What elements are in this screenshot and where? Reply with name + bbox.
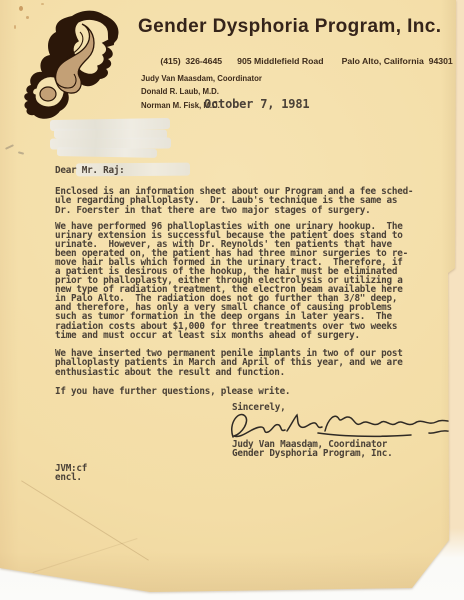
staff-member-coordinator: Judy Van Maasdam, Coordinator — [141, 72, 262, 85]
organization-name: Gender Dysphoria Program, Inc. — [138, 16, 458, 38]
fold-crease — [21, 480, 149, 560]
street-address: 905 Middlefield Road — [237, 56, 323, 66]
letter-date: October 7, 1981 — [204, 100, 309, 109]
paragraph-3: We have inserted two permanent penile im… — [55, 349, 403, 377]
whiteout-address-block — [57, 147, 157, 158]
stain-spot — [41, 3, 44, 5]
program-logo-two-profiles — [24, 10, 137, 124]
stain-spot — [19, 6, 23, 11]
pencil-mark — [18, 151, 24, 154]
paragraph-2: We have performed 96 phalloplasties with… — [55, 222, 408, 340]
paragraph-4: If you have further questions, please wr… — [55, 387, 290, 396]
phone-number: (415) 326-4645 — [160, 56, 222, 66]
pencil-mark — [5, 144, 14, 150]
letter-paper: Gender Dysphoria Program, Inc. (415) 326… — [0, 0, 464, 600]
fold-crease — [33, 538, 138, 573]
enclosure-note: encl. — [55, 473, 82, 482]
stain-spot — [14, 25, 16, 29]
scanned-letter: Gender Dysphoria Program, Inc. (415) 326… — [0, 0, 464, 600]
signed-organization: Gender Dysphoria Program, Inc. — [232, 449, 392, 458]
paragraph-1: Enclosed is an information sheet about o… — [55, 187, 413, 215]
salutation: Dear Mr. Raj: — [55, 166, 125, 175]
city-state-zip: Palo Alto, California 94301 — [342, 56, 453, 66]
